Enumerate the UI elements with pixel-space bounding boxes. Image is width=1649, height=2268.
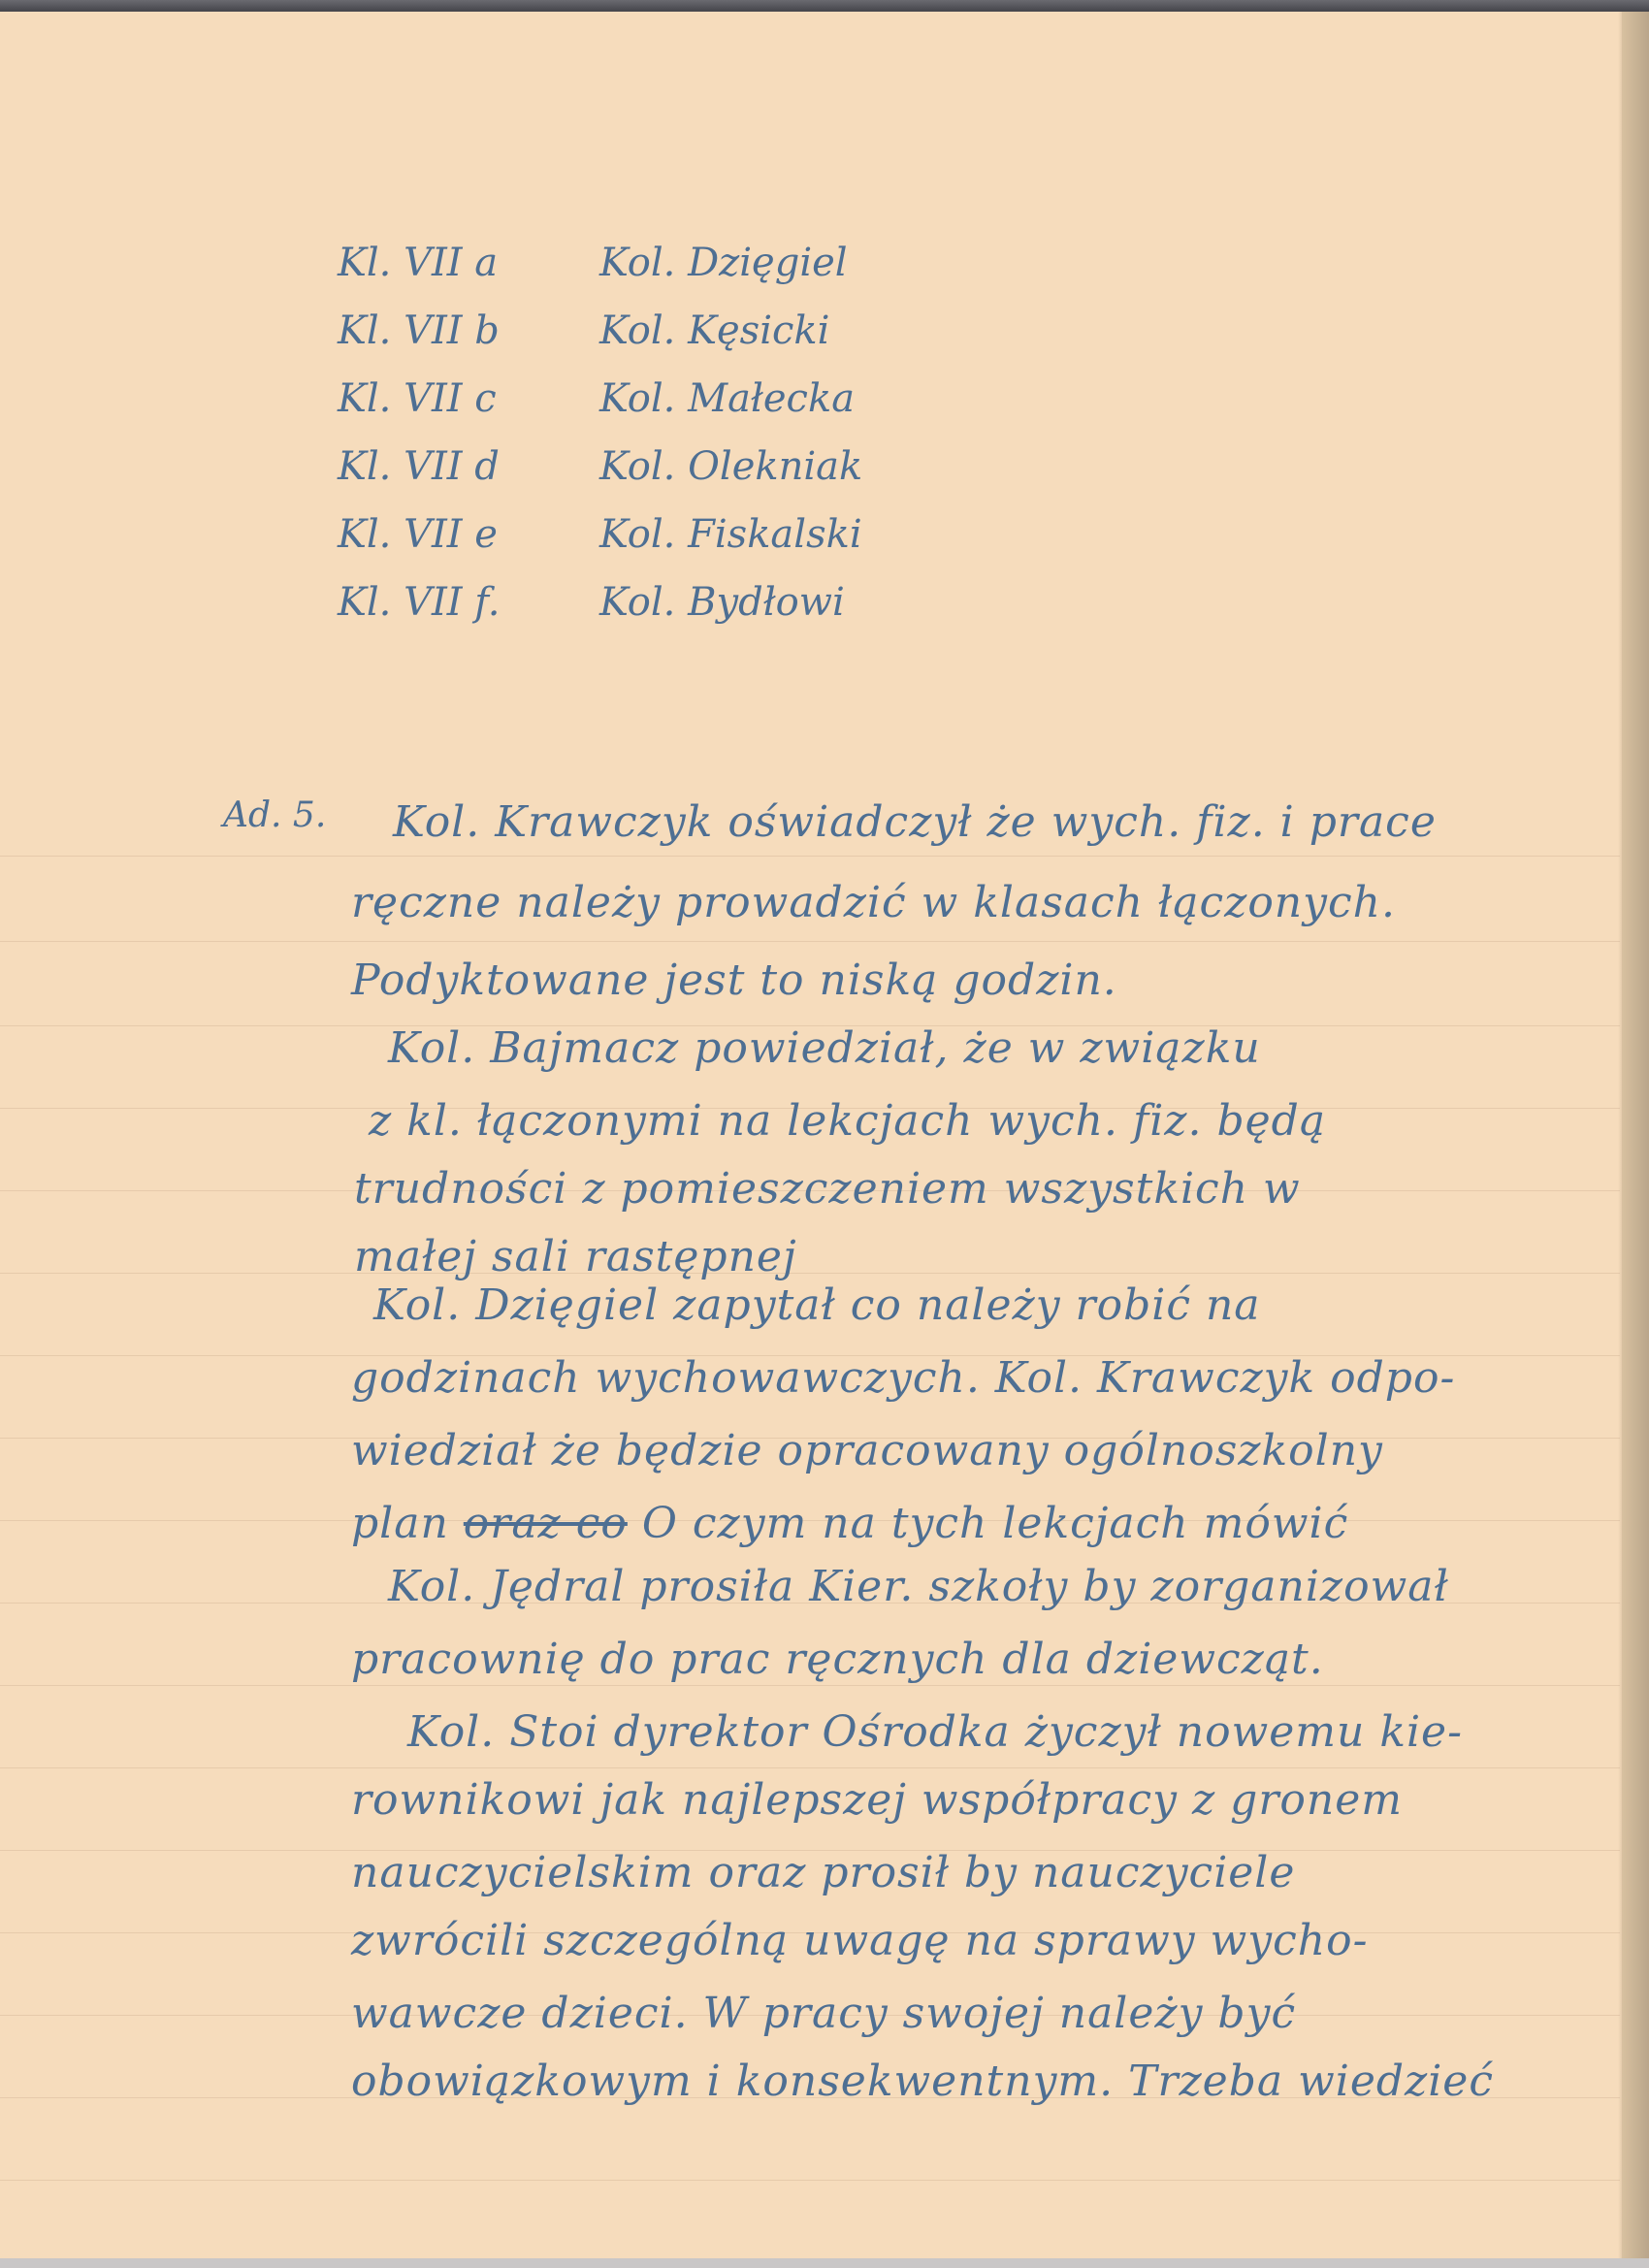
text-line: nauczycielskim oraz prosił by nauczyciel… bbox=[351, 1848, 1295, 1897]
teacher-name: Kol. Małecka bbox=[599, 376, 855, 421]
teacher-name: Kol. Dzięgiel bbox=[599, 241, 848, 285]
ruled-line bbox=[0, 941, 1620, 942]
text-line: Kol. Jędral prosiła Kier. szkoły by zorg… bbox=[388, 1562, 1449, 1611]
text-line: Podyktowane jest to niską godzin. bbox=[351, 956, 1117, 1005]
text-line: obowiązkowym i konsekwentnym. Trzeba wie… bbox=[351, 2057, 1494, 2106]
teacher-name: Kol. Fiskalski bbox=[599, 512, 862, 557]
text-line: pracownię do prac ręcznych dla dziewcząt… bbox=[351, 1635, 1324, 1684]
ruled-line bbox=[0, 2180, 1620, 2181]
class-name: Kl. VII e bbox=[338, 512, 498, 557]
teacher-name: Kol. Olekniak bbox=[599, 444, 862, 489]
text-line: małej sali rastępnej bbox=[354, 1232, 797, 1281]
text-line: Kol. Bajmacz powiedział, że w związku bbox=[388, 1023, 1261, 1073]
class-name: Kl. VII c bbox=[338, 376, 497, 421]
class-name: Kl. VII f. bbox=[338, 580, 500, 625]
class-name: Kl. VII d bbox=[338, 444, 500, 489]
scan-bottom-edge bbox=[0, 2258, 1649, 2268]
teacher-name: Kol. Kęsicki bbox=[599, 308, 829, 353]
section-label: Ad. 5. bbox=[223, 795, 326, 835]
text-line: Kol. Krawczyk oświadczył że wych. fiz. i… bbox=[393, 797, 1437, 847]
class-name: Kl. VII a bbox=[338, 241, 498, 285]
ruled-line bbox=[0, 856, 1620, 857]
struck-text: oraz co bbox=[464, 1499, 628, 1548]
text-line: rownikowi jak najlepszej współpracy z gr… bbox=[351, 1775, 1403, 1825]
text-line: wiedział że będzie opracowany ogólnoszko… bbox=[351, 1426, 1383, 1475]
text-line: wawcze dzieci. W pracy swojej należy być bbox=[351, 1989, 1296, 2038]
text-line: Kol. Dzięgiel zapytał co należy robić na bbox=[373, 1280, 1261, 1330]
text-line: z kl. łączonymi na lekcjach wych. fiz. b… bbox=[369, 1096, 1326, 1146]
text-line: trudności z pomieszczeniem wszystkich w bbox=[354, 1164, 1301, 1214]
text-line: godzinach wychowawczych. Kol. Krawczyk o… bbox=[351, 1353, 1455, 1403]
ruled-line bbox=[0, 1685, 1620, 1686]
class-name: Kl. VII b bbox=[338, 308, 500, 353]
ruled-line bbox=[0, 1767, 1620, 1768]
text-line: ręczne należy prowadzić w klasach łączon… bbox=[351, 878, 1396, 927]
page-edge-shadow bbox=[1622, 12, 1649, 2268]
ruled-line bbox=[0, 1273, 1620, 1274]
teacher-name: Kol. Bydłowi bbox=[599, 580, 845, 625]
text-line: zwrócili szczególną uwagę na sprawy wych… bbox=[351, 1916, 1368, 1965]
text-line: Kol. Stoi dyrektor Ośrodka życzył nowemu… bbox=[407, 1707, 1463, 1757]
text-line: plan oraz co O czym na tych lekcjach mów… bbox=[351, 1499, 1348, 1548]
